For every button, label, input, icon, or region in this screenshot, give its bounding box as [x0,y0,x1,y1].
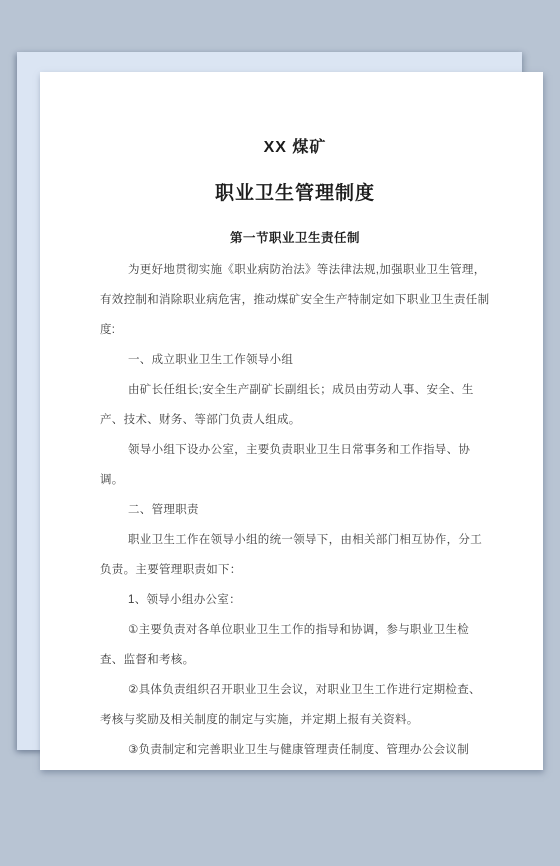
paragraph: ①主要负责对各单位职业卫生工作的指导和协调，参与职业卫生检查、监督和考核。 [100,615,490,675]
paragraph: 为更好地贯彻实施《职业病防治法》等法律法规,加强职业卫生管理，有效控制和消除职业… [100,255,490,345]
document-body: 为更好地贯彻实施《职业病防治法》等法律法规,加强职业卫生管理，有效控制和消除职业… [100,255,490,770]
paragraph: 由矿长任组长;安全生产副矿长副组长；成员由劳动人事、安全、生产、技术、财务、等部… [100,375,490,435]
paragraph: 二、管理职责 [100,495,490,525]
document-page: XX 煤矿 职业卫生管理制度 第一节职业卫生责任制 为更好地贯彻实施《职业病防治… [40,72,543,770]
paragraph: ③负责制定和完善职业卫生与健康管理责任制度、管理办公会议制度、目标 [100,735,490,770]
document-preview-canvas: XX 煤矿 职业卫生管理制度 第一节职业卫生责任制 为更好地贯彻实施《职业病防治… [0,0,560,866]
paragraph: ②具体负责组织召开职业卫生会议，对职业卫生工作进行定期检查、考核与奖励及相关制度… [100,675,490,735]
paragraph: 职业卫生工作在领导小组的统一领导下，由相关部门相互协作，分工负责。主要管理职责如… [100,525,490,585]
section-heading: 第一节职业卫生责任制 [100,231,490,246]
document-title: 职业卫生管理制度 [100,183,490,206]
paragraph: 1、领导小组办公室： [100,585,490,615]
paragraph: 领导小组下设办公室，主要负责职业卫生日常事务和工作指导、协调。 [100,435,490,495]
paragraph: 一、成立职业卫生工作领导小组 [100,345,490,375]
organization-title: XX 煤矿 [100,138,490,157]
